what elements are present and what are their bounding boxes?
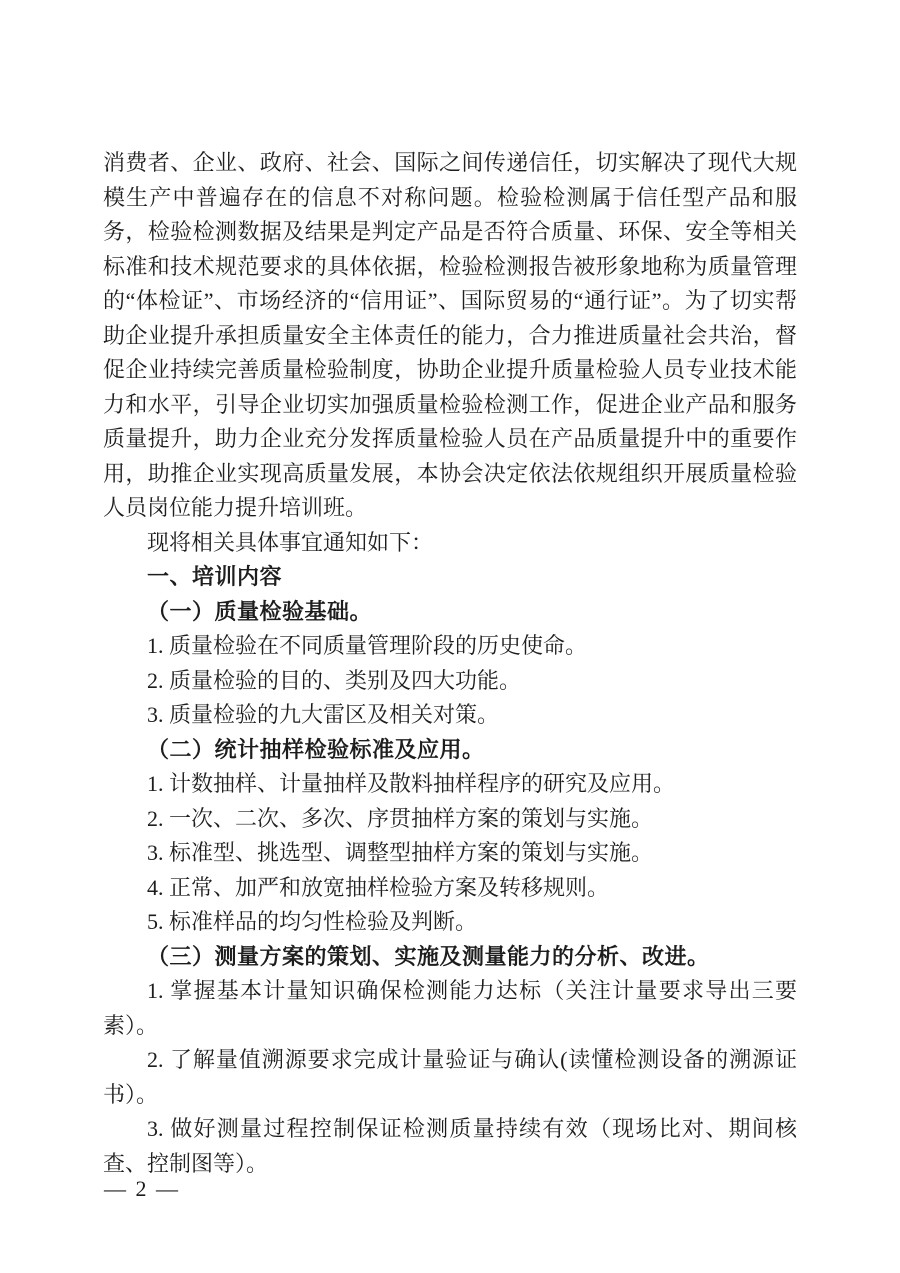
- list-item: 3. 标准型、挑选型、调整型抽样方案的策划与实施。: [103, 836, 797, 871]
- list-item: 2. 一次、二次、多次、序贯抽样方案的策划与实施。: [103, 802, 797, 837]
- list-item: 5. 标准样品的均匀性检验及判断。: [103, 905, 797, 940]
- list-item: 1. 掌握基本计量知识确保检测能力达标（关注计量要求导出三要素）。: [103, 974, 797, 1043]
- document-page: 消费者、企业、政府、社会、国际之间传递信任，切实解决了现代大规模生产中普遍存在的…: [0, 0, 900, 1273]
- section-heading: 一、培训内容: [103, 560, 797, 595]
- list-item: 1. 质量检验在不同质量管理阶段的历史使命。: [103, 629, 797, 664]
- subsection-heading: （三）测量方案的策划、实施及测量能力的分析、改进。: [103, 940, 797, 975]
- subsection-heading: （二）统计抽样检验标准及应用。: [103, 733, 797, 768]
- document-body: 消费者、企业、政府、社会、国际之间传递信任，切实解决了现代大规模生产中普遍存在的…: [103, 146, 797, 1181]
- page-footer: — 2 —: [104, 1172, 180, 1207]
- subsection-heading: （一）质量检验基础。: [103, 595, 797, 630]
- list-item: 2. 质量检验的目的、类别及四大功能。: [103, 664, 797, 699]
- paragraph: 现将相关具体事宜通知如下：: [103, 526, 797, 561]
- list-item: 4. 正常、加严和放宽抽样检验方案及转移规则。: [103, 871, 797, 906]
- list-item: 3. 做好测量过程控制保证检测质量持续有效（现场比对、期间核查、控制图等）。: [103, 1112, 797, 1181]
- list-item: 3. 质量检验的九大雷区及相关对策。: [103, 698, 797, 733]
- list-item: 2. 了解量值溯源要求完成计量验证与确认(读懂检测设备的溯源证书）。: [103, 1043, 797, 1112]
- paragraph: 消费者、企业、政府、社会、国际之间传递信任，切实解决了现代大规模生产中普遍存在的…: [103, 146, 797, 526]
- list-item: 1. 计数抽样、计量抽样及散料抽样程序的研究及应用。: [103, 767, 797, 802]
- page-number: — 2 —: [104, 1176, 180, 1201]
